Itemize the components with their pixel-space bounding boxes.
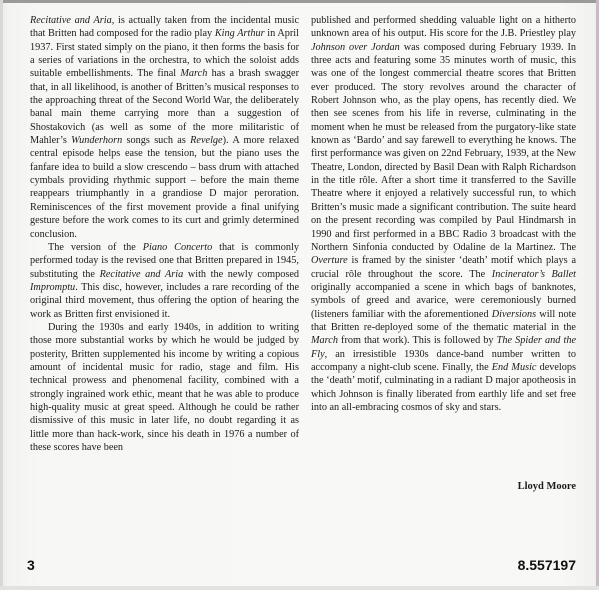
italic-title: Piano Concerto	[143, 242, 213, 253]
italic-title: Johnson over Jordan	[311, 42, 400, 53]
author-signature: Lloyd Moore	[518, 481, 576, 492]
paragraph: published and performed shedding valuabl…	[311, 14, 576, 414]
booklet-page: Recitative and Aria, is actually taken f…	[0, 0, 599, 590]
paragraph: The version of the Piano Concerto that i…	[30, 241, 299, 321]
catalogue-number: 8.557197	[518, 557, 576, 573]
left-text-column: Recitative and Aria, is actually taken f…	[30, 14, 299, 454]
italic-title: Diversions	[492, 309, 536, 320]
italic-title: Overture	[311, 255, 348, 266]
text-run: songs such as	[122, 135, 190, 146]
page-number: 3	[27, 557, 35, 573]
italic-title: March	[180, 68, 207, 79]
italic-title: Recitative and Aria	[30, 15, 112, 26]
text-run: The version of the	[48, 242, 143, 253]
italic-title: Incinerator’s Ballet	[492, 269, 576, 280]
italic-title: March	[311, 335, 338, 346]
italic-title: King Arthur	[215, 28, 265, 39]
text-run: During the 1930s and early 1940s, in add…	[30, 322, 299, 453]
italic-title: Wunderhorn	[71, 135, 122, 146]
paragraph: During the 1930s and early 1940s, in add…	[30, 321, 299, 454]
italic-title: Recitative and Aria	[100, 269, 184, 280]
right-text-column: published and performed shedding valuabl…	[311, 14, 576, 414]
paragraph: Recitative and Aria, is actually taken f…	[30, 14, 299, 241]
scan-top-edge	[0, 0, 599, 3]
text-run: ). A more relaxed central episode helps …	[30, 135, 299, 239]
italic-title: Impromptu	[30, 282, 75, 293]
text-run: with the newly composed	[183, 269, 299, 280]
italic-title: Revelge	[190, 135, 222, 146]
scan-bottom-edge	[0, 586, 599, 590]
text-run: was composed during February 1939. In th…	[311, 42, 576, 253]
text-run: from that work). This is followed by	[338, 335, 497, 346]
italic-title: End Music	[492, 362, 537, 373]
scan-left-edge	[0, 0, 3, 590]
text-run: published and performed shedding valuabl…	[311, 15, 576, 39]
